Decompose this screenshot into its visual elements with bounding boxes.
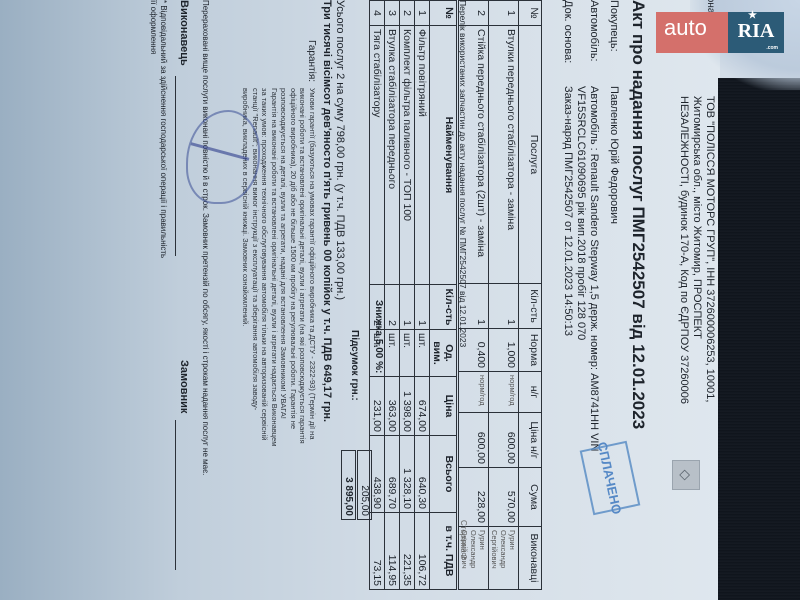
parts-caption: Перелік використаних запчастин до акту н… <box>458 0 468 347</box>
cell-price: 231,00 <box>370 377 385 436</box>
paid-stamp: СПЛАЧЕНО <box>580 441 641 516</box>
amount-in-words: Три тисячі вісімсот дев'яносто п'ять гри… <box>321 0 333 422</box>
cell-norm: 1,000 <box>489 329 519 372</box>
col-header: Кіл-сть <box>519 284 542 329</box>
col-header: Сума <box>519 468 542 527</box>
cell-num: 4 <box>370 1 385 26</box>
doc-basis-label: Док. основа: <box>562 0 574 63</box>
supplier-line: НЕЗАЛЕЖНОСТІ, будинок 170-А, Код по ЄДРП… <box>677 96 690 404</box>
buyer-label: Покупець: <box>608 0 620 52</box>
services-table: № Послуга Кіл-сть Норма н/г Ціна н/г Сум… <box>458 0 542 590</box>
footnote: * Відповідальний за здійснення господарс… <box>148 0 168 260</box>
cell-sum: 570,00 <box>489 468 519 527</box>
customer-label: Замовник <box>178 360 190 413</box>
document-title: Акт про надання послуг ПМГ2542507 від 12… <box>628 0 648 429</box>
cell-total: 689,70 <box>385 436 400 513</box>
subtotal-value: 3 895,00 <box>341 450 356 520</box>
cell-unit: шт. <box>415 330 430 377</box>
col-header: Найменування <box>430 26 457 285</box>
cell-price: 674,00 <box>415 377 430 436</box>
watermark-com: .com <box>766 45 778 51</box>
car-line-1: Автомобіль : Renault Sandero Stepway 1,5… <box>587 86 600 451</box>
cell-num: 1 <box>415 1 430 26</box>
supplier-info: ТОВ "ПОЛІССЯ МОТОРС ГРУП", ІНН 372600006… <box>677 96 716 404</box>
cell-price: 1 398,00 <box>400 377 415 436</box>
col-header: Виконавці <box>519 527 542 590</box>
doc-basis: Заказ-наряд ПМГ2542507 от 12.01.2023 14:… <box>561 86 574 336</box>
watermark-ria-text: RIA <box>738 20 775 42</box>
cell-vat: 106,72 <box>415 513 430 590</box>
autoria-watermark: auto ★ RIA .com <box>656 12 784 53</box>
col-header: № <box>519 1 542 26</box>
cell-total: 640,30 <box>415 436 430 513</box>
table-row: 1 Фільтр повітряний 1 шт. 674,00 640,30 … <box>415 1 430 590</box>
buyer-name: Павленко Юрій Федорович <box>607 86 620 224</box>
cell-part-name: Тяга стабілізатору <box>370 26 385 285</box>
parts-header-row: № Найменування Кіл-сть Од. вим. Ціна Всь… <box>430 1 457 590</box>
completion-note: Перераховані вище послуги виконані повні… <box>201 0 210 475</box>
watermark-ria: ★ RIA .com <box>728 12 784 53</box>
table-row: 3 Втулка стабілізатора переднього 2 шт. … <box>385 1 400 590</box>
executor-label: Виконавець <box>178 0 190 66</box>
col-header: Норма <box>519 329 542 372</box>
cell-part-name: Комплект фільтра паливного - ТОП 100 <box>400 26 415 285</box>
cell-sum: 228,00 <box>459 468 489 527</box>
warranty-label: Гарантія: <box>306 40 317 82</box>
cell-vat: 221,35 <box>400 513 415 590</box>
cell-vat: 73,15 <box>370 513 385 590</box>
cell-total: 1 328,10 <box>400 436 415 513</box>
discount-value: 205,00 <box>357 450 372 520</box>
page-number: Сторінка 2 <box>459 520 468 559</box>
table-row: 1 Втулки переднього стабілізатора - замі… <box>489 1 519 590</box>
cell-qty: 1 <box>489 284 519 329</box>
services-header-row: № Послуга Кіл-сть Норма н/г Ціна н/г Сум… <box>519 1 542 590</box>
cell-num: 1 <box>489 1 519 26</box>
cell-num: 2 <box>400 1 415 26</box>
col-header: Кіл-сть <box>430 285 457 330</box>
cell-unit: шт. <box>400 330 415 377</box>
executor-signature-line <box>175 76 176 256</box>
col-header: Послуга <box>519 26 542 284</box>
cell-part-name: Втулка стабілізатора переднього <box>385 26 400 285</box>
star-icon: ★ <box>748 10 757 21</box>
col-header: Ціна <box>430 377 457 436</box>
supplier-line: ТОВ "ПОЛІССЯ МОТОРС ГРУП", ІНН 372600006… <box>703 96 716 404</box>
car-label: Автомобіль: <box>588 0 600 62</box>
table-row: 2 Комплект фільтра паливного - ТОП 100 1… <box>400 1 415 590</box>
cell-unit: норм/год <box>459 372 489 413</box>
supplier-line: Житомирська обл., місто Житомир, ПРОСПЕК… <box>690 96 703 404</box>
col-header: № <box>430 1 457 26</box>
customer-signature-line <box>175 420 176 570</box>
renault-logo-icon: ◇ <box>672 460 700 490</box>
parts-table: № Найменування Кіл-сть Од. вим. Ціна Всь… <box>369 0 457 590</box>
cell-price: 600,00 <box>459 413 489 468</box>
discount-label: Знижка 5,00 %: <box>373 300 384 373</box>
cell-qty: 1 <box>415 285 430 330</box>
col-header: в т.ч. ПДВ <box>430 513 457 590</box>
cell-unit: шт. <box>385 330 400 377</box>
col-header: Всього <box>430 436 457 513</box>
cell-qty: 1 <box>400 285 415 330</box>
cell-qty: 2 <box>385 285 400 330</box>
cell-executor: Гурин Олександр Сергійович <box>489 527 519 590</box>
service-act-document: Виконавець: ТОВ "ПОЛІССЯ МОТОРС ГРУП", І… <box>0 0 720 600</box>
services-sum-line: Усього послуг 2 на суму 798,00 грн. (у т… <box>334 0 346 300</box>
dark-fabric-background <box>718 78 800 600</box>
cell-unit: норм/год <box>489 372 519 413</box>
car-line-2: VF15SRCLC61090695 рік вип.2018 пробіг 12… <box>574 86 587 340</box>
col-header: н/г <box>519 372 542 413</box>
watermark-auto: auto <box>656 12 728 53</box>
cell-price: 600,00 <box>489 413 519 468</box>
cell-service: Втулки переднього стабілізатора - заміна <box>489 26 519 284</box>
cell-part-name: Фільтр повітряний <box>415 26 430 285</box>
cell-vat: 114,95 <box>385 513 400 590</box>
cell-price: 363,00 <box>385 377 400 436</box>
col-header: Од. вим. <box>430 330 457 377</box>
col-header: Ціна н/г <box>519 413 542 468</box>
subtotal-label: Підсумок грн.: <box>349 330 360 401</box>
cell-num: 3 <box>385 1 400 26</box>
